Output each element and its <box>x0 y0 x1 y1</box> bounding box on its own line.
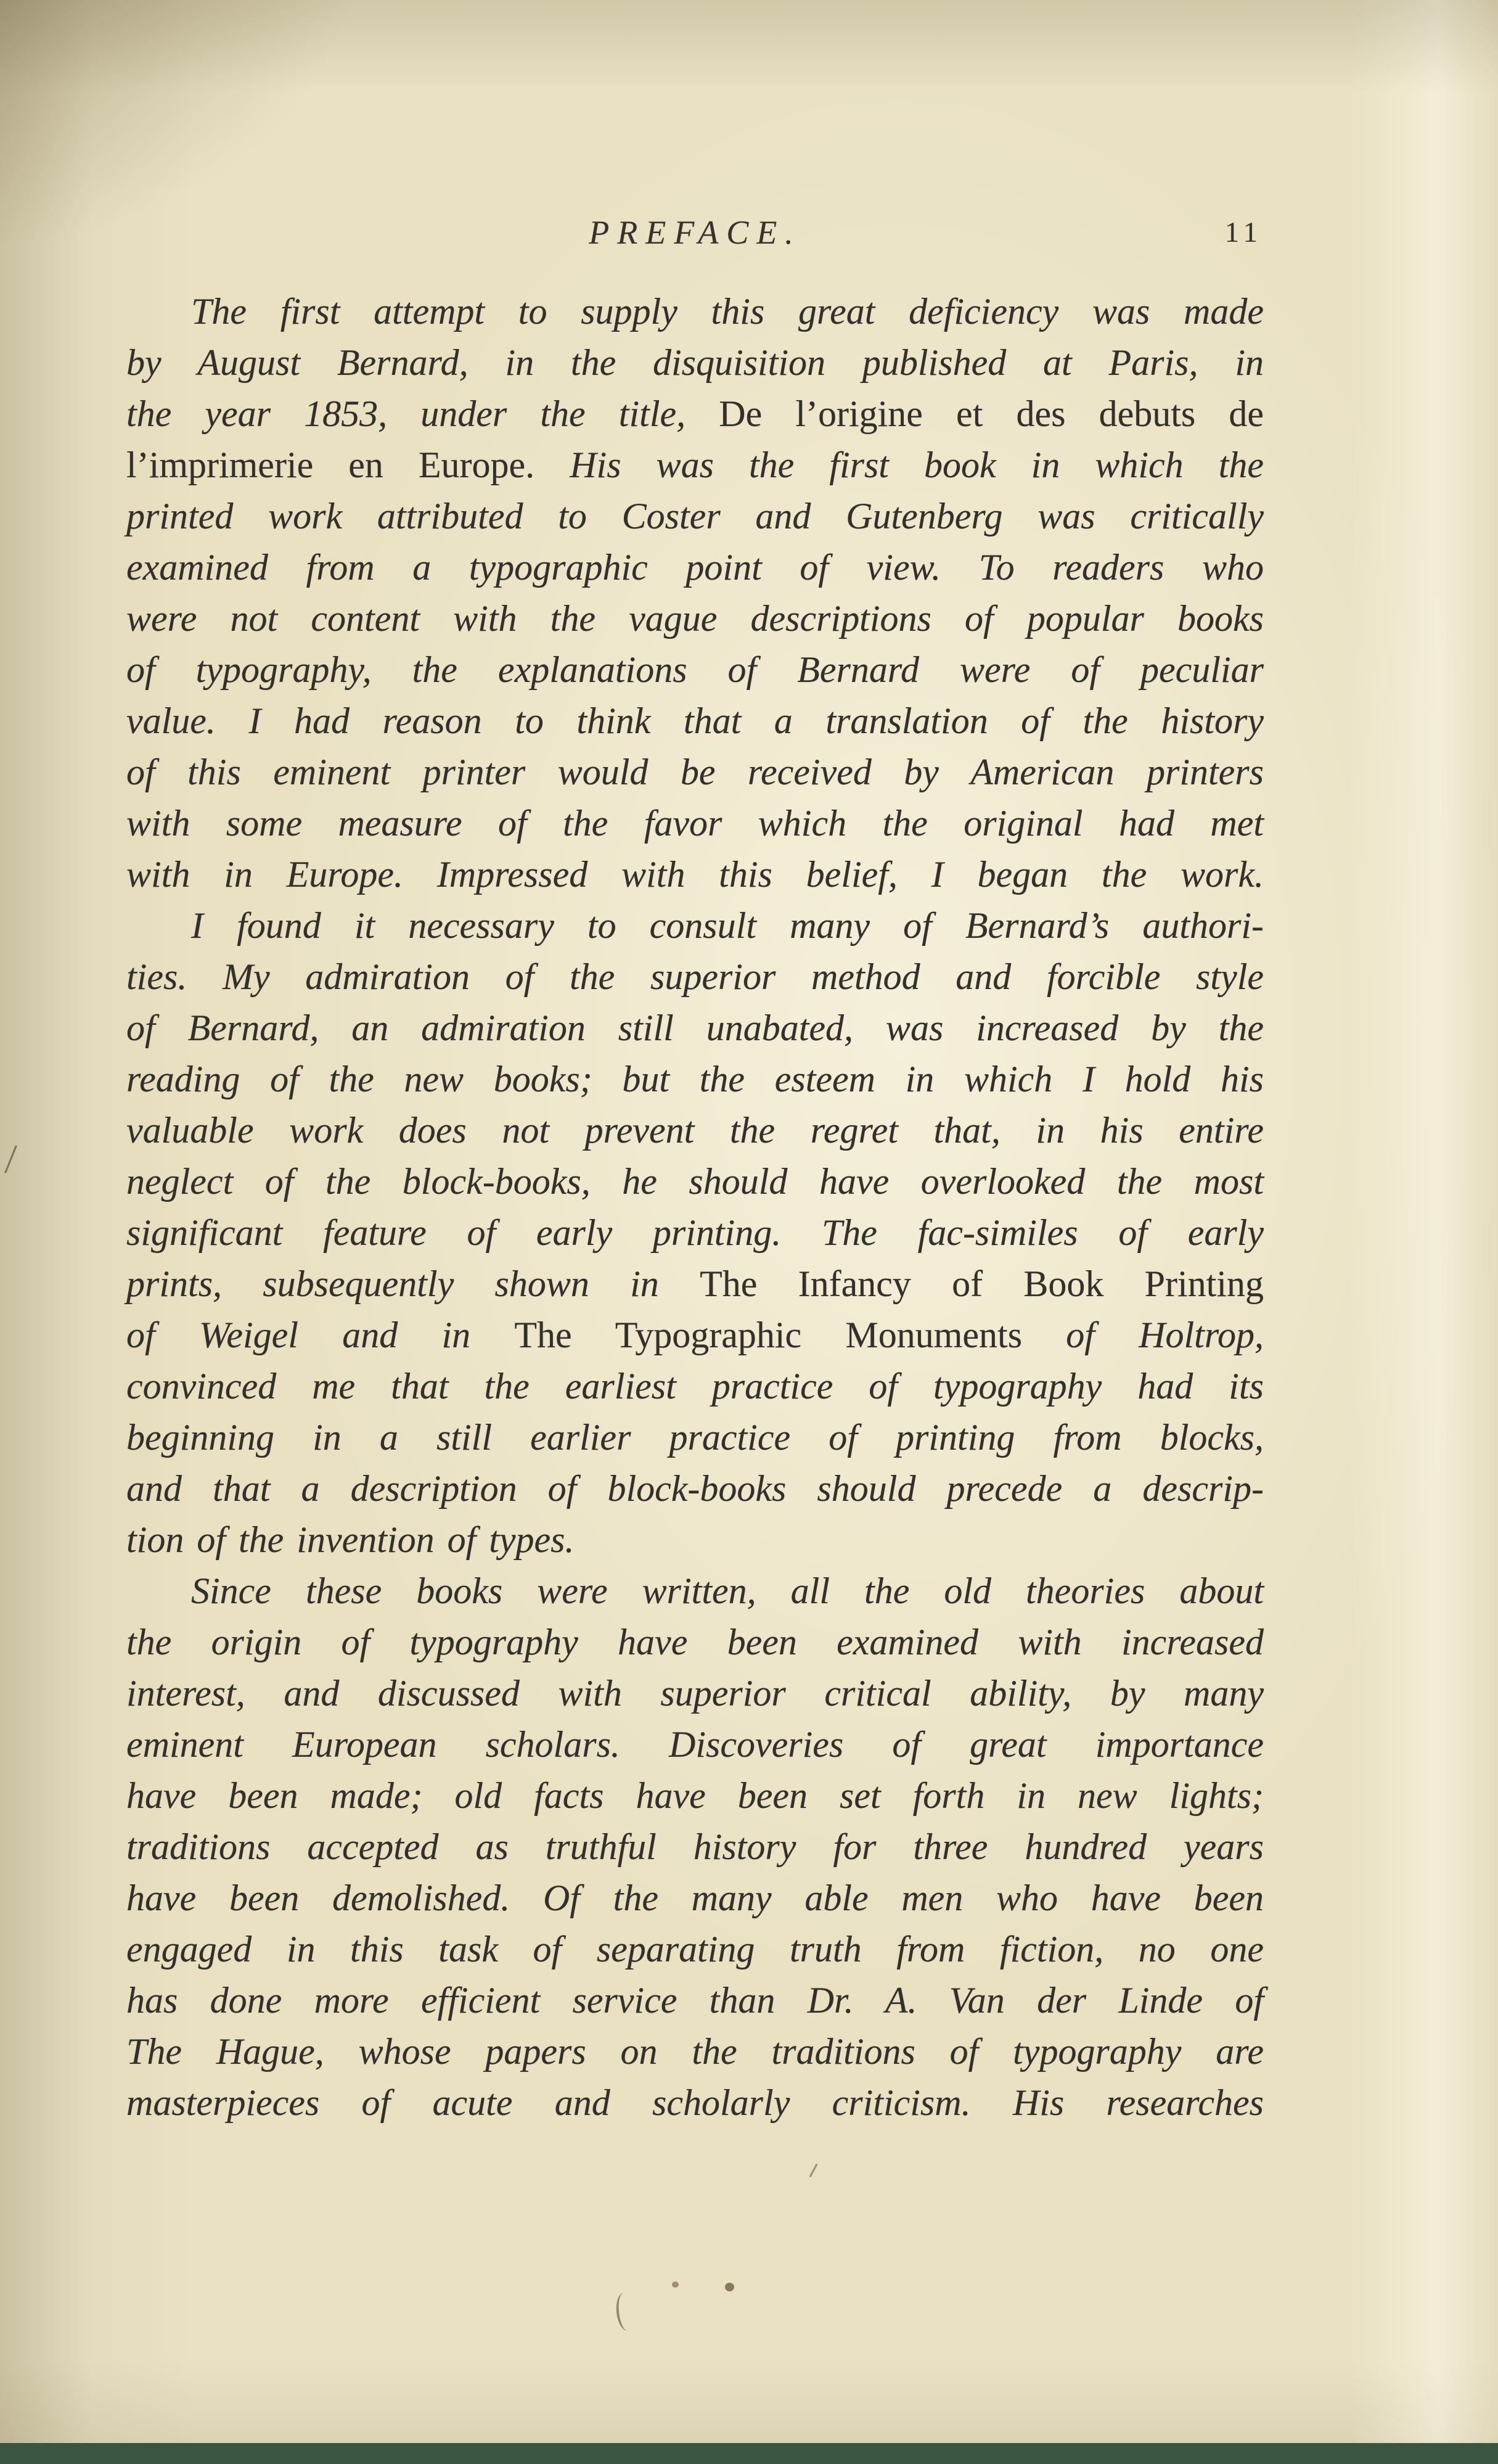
italic-text-segment: neglect of the block-books, he should ha… <box>126 1161 1264 1202</box>
text-line: The Hague, whose papers on the tradition… <box>126 2026 1264 2077</box>
italic-text-segment: have been made; old facts have been set … <box>126 1775 1264 1816</box>
scan-mark-slash <box>4 1145 17 1173</box>
text-line: of this eminent printer would be receive… <box>126 747 1264 798</box>
text-line: neglect of the block-books, he should ha… <box>126 1156 1264 1207</box>
text-line: of typography, the explanations of Berna… <box>126 644 1264 696</box>
italic-text-segment: of Bernard, an admiration still unabated… <box>126 1008 1264 1048</box>
italic-text-segment: I found it necessary to consult many of … <box>191 905 1264 946</box>
italic-text-segment: have been demolished. Of the many able m… <box>126 1878 1264 1918</box>
text-line: have been made; old facts have been set … <box>126 1770 1264 1821</box>
text-line: were not content with the vague descript… <box>126 593 1264 644</box>
text-line: interest, and discussed with superior cr… <box>126 1668 1264 1719</box>
text-line: traditions accepted as truthful history … <box>126 1821 1264 1873</box>
scan-mark-paren <box>615 2292 637 2332</box>
page-title: PREFACE. <box>126 211 1264 254</box>
italic-text-segment: His was the first book in which the <box>570 445 1264 485</box>
text-line: printed work attributed to Coster and Gu… <box>126 491 1264 542</box>
text-line: examined from a typographic point of vie… <box>126 542 1264 593</box>
page-header: PREFACE. 11 <box>126 211 1264 257</box>
text-line: valuable work does not prevent the regre… <box>126 1105 1264 1156</box>
italic-text-segment: The first attempt to supply this great d… <box>191 291 1264 332</box>
italic-text-segment: engaged in this task of separating truth… <box>126 1929 1264 1969</box>
italic-text-segment: value. I had reason to think that a tran… <box>126 700 1264 741</box>
italic-text-segment: the origin of typography have been exami… <box>126 1622 1264 1662</box>
text-line: tion of the invention of types. <box>126 1514 1264 1566</box>
text-line: engaged in this task of separating truth… <box>126 1924 1264 1975</box>
text-line: convinced me that the earliest practice … <box>126 1361 1264 1412</box>
text-line: eminent European scholars. Discoveries o… <box>126 1719 1264 1770</box>
text-line: The first attempt to supply this great d… <box>126 286 1264 337</box>
italic-text-segment: with in Europe. Impressed with this beli… <box>126 854 1264 895</box>
italic-text-segment: valuable work does not prevent the regre… <box>126 1110 1264 1151</box>
roman-text-segment: l’imprimerie en Europe. <box>126 445 570 485</box>
text-line: by August Bernard, in the disquisition p… <box>126 337 1264 388</box>
italic-text-segment: by August Bernard, in the disquisition p… <box>126 342 1264 383</box>
italic-text-segment: reading of the new books; but the esteem… <box>126 1059 1264 1099</box>
text-line: the year 1853, under the title, De l’ori… <box>126 388 1264 440</box>
italic-text-segment: has done more efficient service than Dr.… <box>126 1980 1264 2021</box>
italic-text-segment: The Hague, whose papers on the tradition… <box>126 2031 1264 2072</box>
italic-text-segment: of Weigel and in <box>126 1315 514 1355</box>
italic-text-segment: interest, and discussed with superior cr… <box>126 1673 1264 1714</box>
roman-text-segment: De l’origine et des debuts de <box>719 393 1264 434</box>
italic-text-segment: were not content with the vague descript… <box>126 598 1264 639</box>
text-line: with in Europe. Impressed with this beli… <box>126 849 1264 900</box>
page-number: 11 <box>1225 216 1263 249</box>
italic-text-segment: tion of the invention of types. <box>126 1519 575 1560</box>
text-line: l’imprimerie en Europe. His was the firs… <box>126 440 1264 491</box>
italic-text-segment: ties. My admiration of the superior meth… <box>126 956 1264 997</box>
roman-text-segment: The Typographic Monuments <box>514 1315 1066 1355</box>
italic-text-segment: printed work attributed to Coster and Gu… <box>126 496 1264 536</box>
text-line: I found it necessary to consult many of … <box>126 900 1264 951</box>
text-line: masterpieces of acute and scholarly crit… <box>126 2077 1264 2129</box>
italic-text-segment: of this eminent printer would be receive… <box>126 752 1264 792</box>
text-line: Since these books were written, all the … <box>126 1566 1264 1617</box>
text-line: the origin of typography have been exami… <box>126 1617 1264 1668</box>
text-line: of Weigel and in The Typographic Monumen… <box>126 1310 1264 1361</box>
italic-text-segment: masterpieces of acute and scholarly crit… <box>126 2082 1264 2123</box>
text-line: of Bernard, an admiration still unabated… <box>126 1003 1264 1054</box>
text-line: prints, subsequently shown in The Infanc… <box>126 1259 1264 1310</box>
italic-text-segment: with some measure of the favor which the… <box>126 803 1264 844</box>
scanned-book-page: PREFACE. 11 The first attempt to supply … <box>0 0 1498 2464</box>
scan-mark-dot <box>672 2281 679 2288</box>
italic-text-segment: the year 1853, under the title, <box>126 393 719 434</box>
scan-mark-tick <box>809 2164 818 2178</box>
text-line: value. I had reason to think that a tran… <box>126 696 1264 747</box>
text-line: ties. My admiration of the superior meth… <box>126 951 1264 1003</box>
italic-text-segment: beginning in a still earlier practice of… <box>126 1417 1264 1458</box>
italic-text-segment: Since these books were written, all the … <box>191 1571 1264 1611</box>
scan-bottom-edge <box>0 2443 1498 2464</box>
text-line: and that a description of block-books sh… <box>126 1463 1264 1514</box>
italic-text-segment: prints, subsequently shown in <box>126 1263 700 1304</box>
text-line: have been demolished. Of the many able m… <box>126 1873 1264 1924</box>
italic-text-segment: of typography, the explanations of Berna… <box>126 649 1264 690</box>
text-line: reading of the new books; but the esteem… <box>126 1054 1264 1105</box>
italic-text-segment: examined from a typographic point of vie… <box>126 547 1264 588</box>
text-line: with some measure of the favor which the… <box>126 798 1264 849</box>
italic-text-segment: eminent European scholars. Discoveries o… <box>126 1724 1264 1765</box>
italic-text-segment: convinced me that the earliest practice … <box>126 1366 1264 1407</box>
italic-text-segment: of Holtrop, <box>1066 1315 1264 1355</box>
scan-mark-dot <box>725 2283 734 2291</box>
italic-text-segment: traditions accepted as truthful history … <box>126 1826 1264 1867</box>
text-line: significant feature of early printing. T… <box>126 1207 1264 1259</box>
italic-text-segment: and that a description of block-books sh… <box>126 1468 1264 1509</box>
text-line: has done more efficient service than Dr.… <box>126 1975 1264 2026</box>
roman-text-segment: The Infancy of Book Printing <box>700 1263 1264 1304</box>
text-line: beginning in a still earlier practice of… <box>126 1412 1264 1463</box>
italic-text-segment: significant feature of early printing. T… <box>126 1212 1264 1253</box>
text-block: The first attempt to supply this great d… <box>126 286 1264 2129</box>
